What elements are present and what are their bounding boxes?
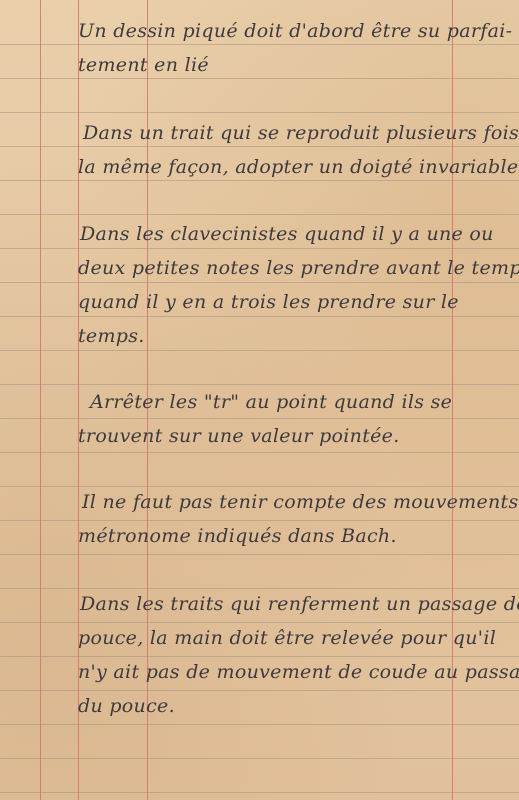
paragraph-1-line-2: tement en lié	[78, 48, 209, 82]
paragraph-3-line-1: Dans les clavecinistes quand il y a une …	[80, 217, 494, 251]
paragraph-6-line-4: du pouce.	[78, 689, 175, 723]
paragraph-5-line-2: métronome indiqués dans Bach.	[78, 519, 397, 553]
paragraph-3-line-4: temps.	[78, 319, 145, 353]
paragraph-1-line-1: Un dessin piqué doit d'abord être su par…	[78, 14, 512, 48]
paragraph-3-line-3: quand il y en a trois les prendre sur le	[78, 285, 459, 319]
paragraph-2-line-1: Dans un trait qui se reproduit plusieurs…	[83, 116, 519, 150]
paragraph-6-line-3: n'y ait pas de mouvement de coude au pas…	[78, 655, 519, 689]
notebook-page: Un dessin piqué doit d'abord être su par…	[0, 0, 519, 800]
paragraph-4-line-2: trouvent sur une valeur pointée.	[78, 419, 400, 453]
paragraph-5-line-1: Il ne faut pas tenir compte des mouvemen…	[82, 485, 519, 519]
paragraph-6-line-2: pouce, la main doit être relevée pour qu…	[78, 621, 496, 655]
paragraph-4-line-1: Arrêter les "tr" au point quand ils se	[90, 385, 452, 419]
margin-line-outer	[40, 0, 41, 800]
paragraph-2-line-2: la même façon, adopter un doigté invaria…	[78, 150, 519, 184]
paragraph-3-line-2: deux petites notes les prendre avant le …	[78, 251, 519, 285]
paragraph-6-line-1: Dans les traits qui renferment un passag…	[80, 587, 519, 621]
